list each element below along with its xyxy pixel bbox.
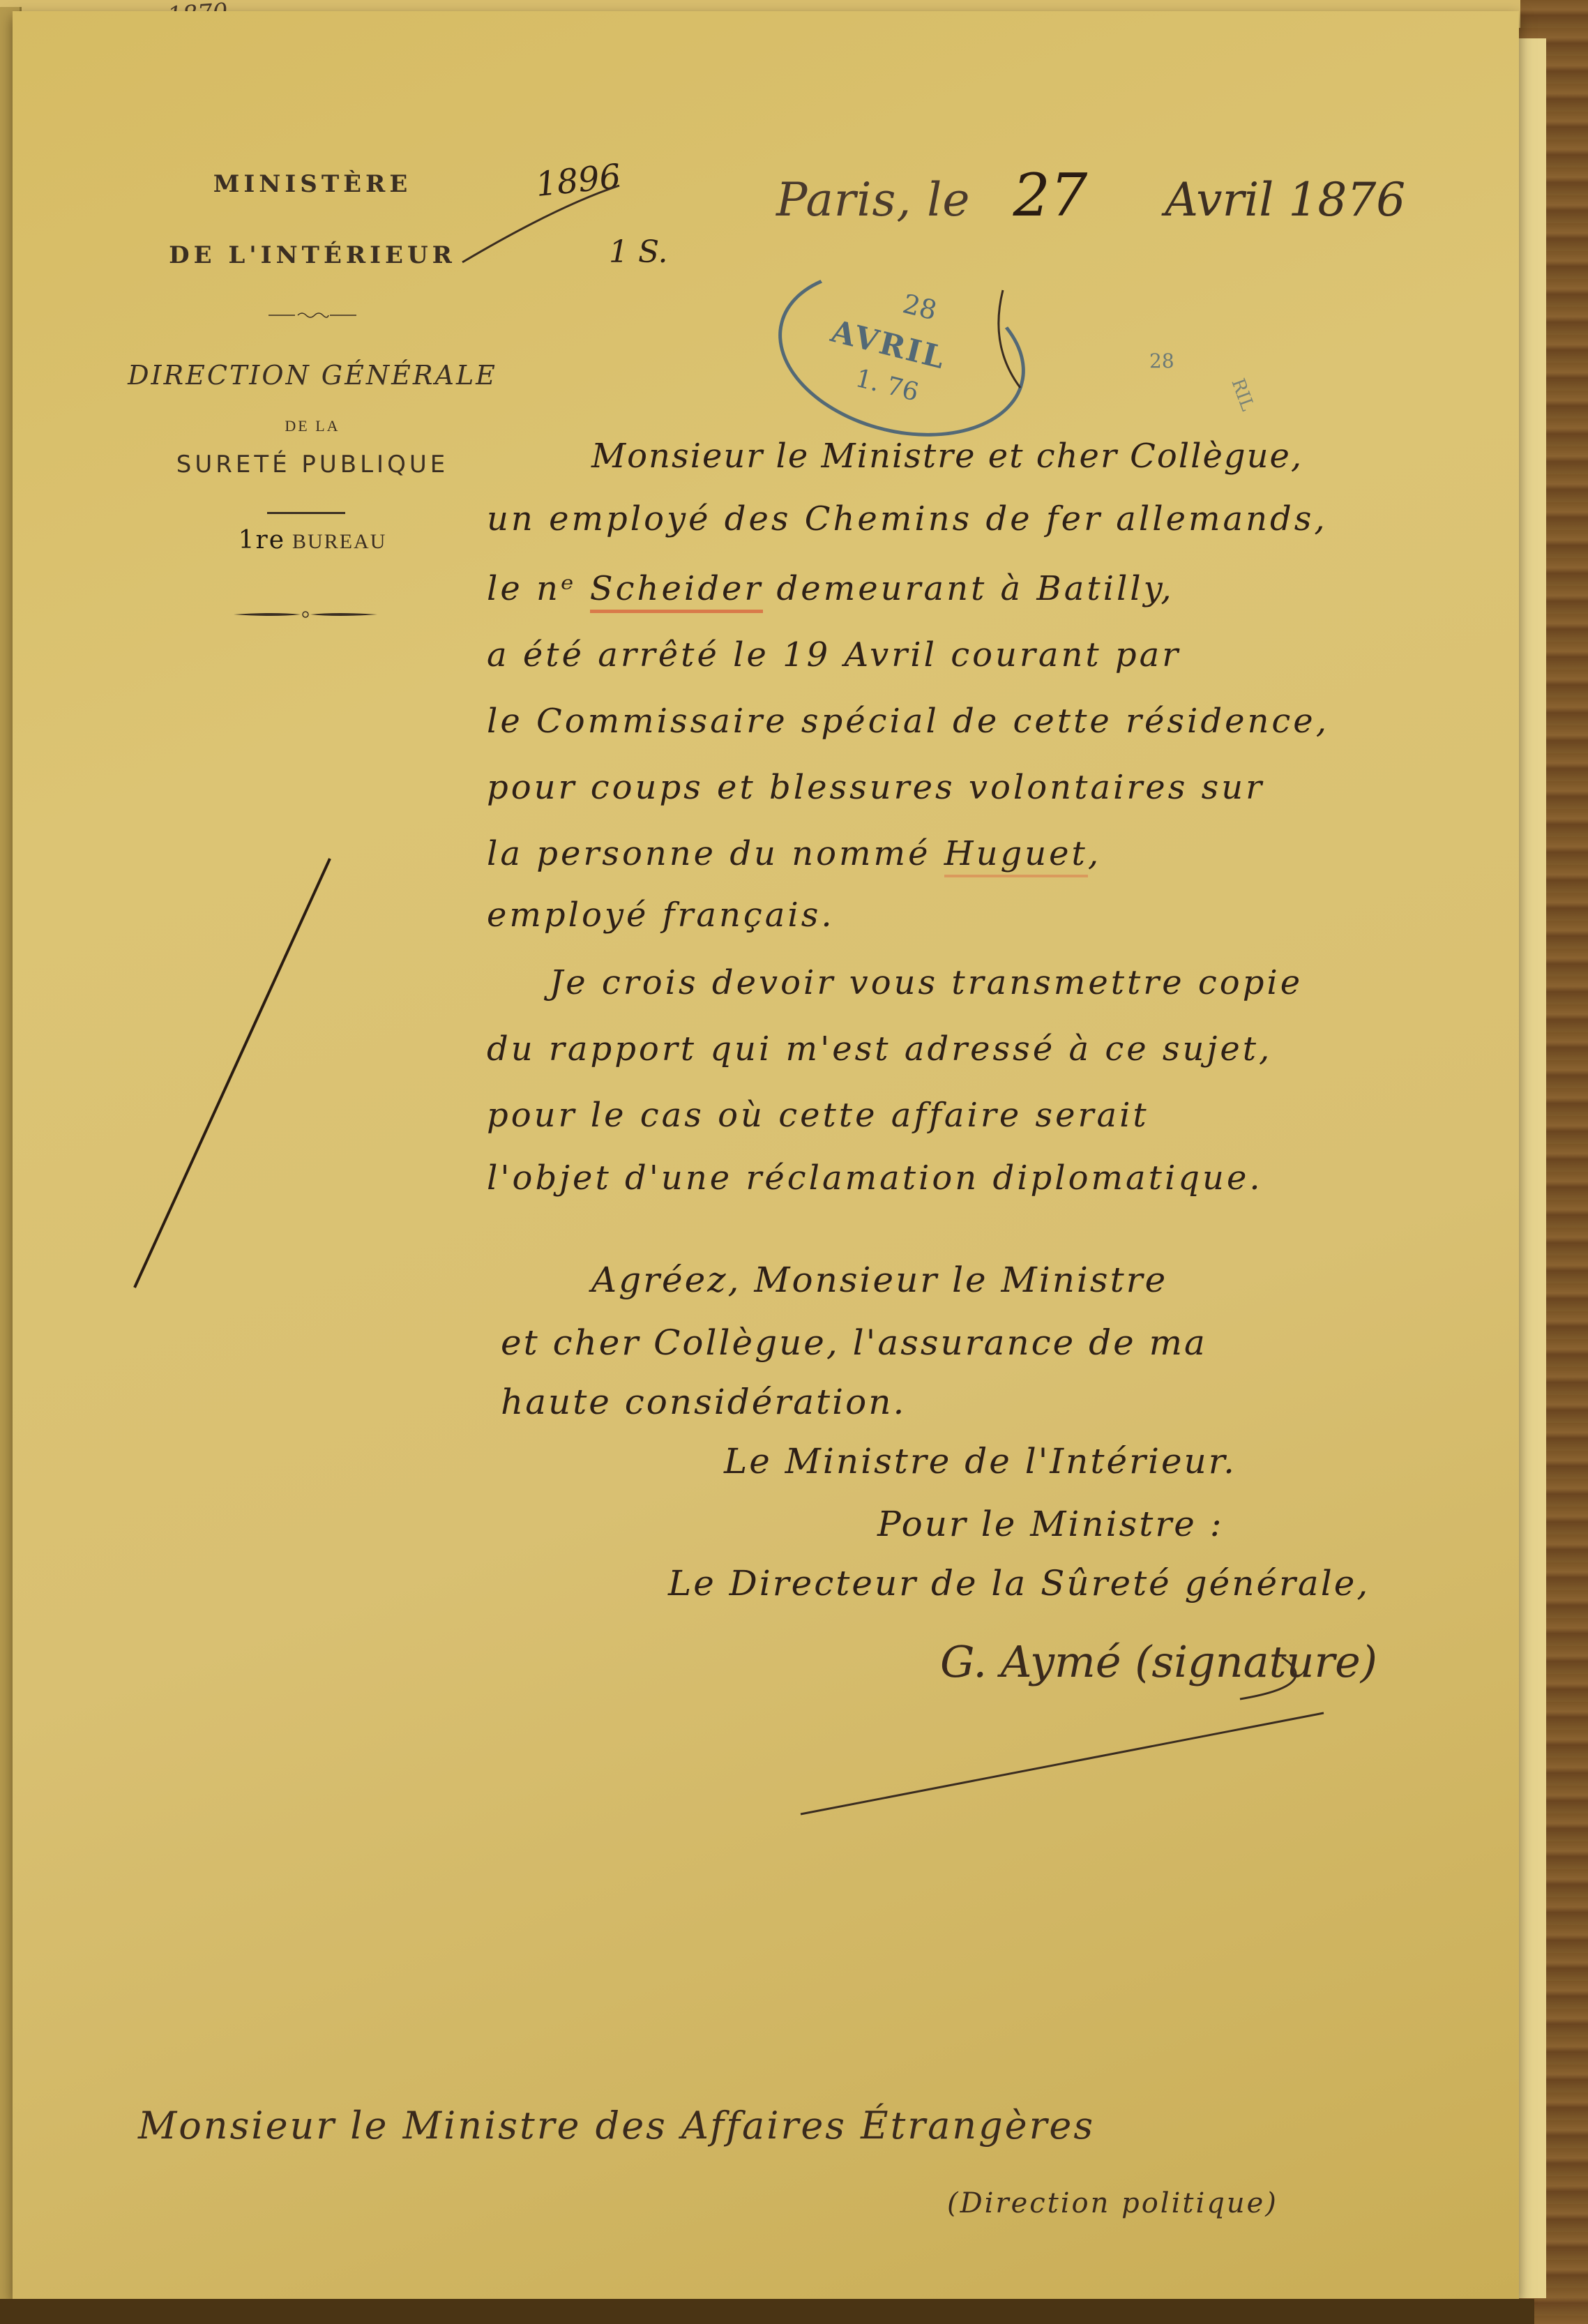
- margin-diagonal-stroke-icon: [135, 859, 330, 1288]
- page-bottom-shadow: [0, 2299, 1534, 2324]
- letter-page: MINISTÈRE DE L'INTÉRIEUR DIRECTION GÉNÉR…: [13, 11, 1519, 2299]
- signature-underline-icon: [801, 1713, 1324, 1814]
- flourish-stroke-icon: [462, 186, 619, 262]
- pen-strokes-overlay: [13, 11, 1519, 2299]
